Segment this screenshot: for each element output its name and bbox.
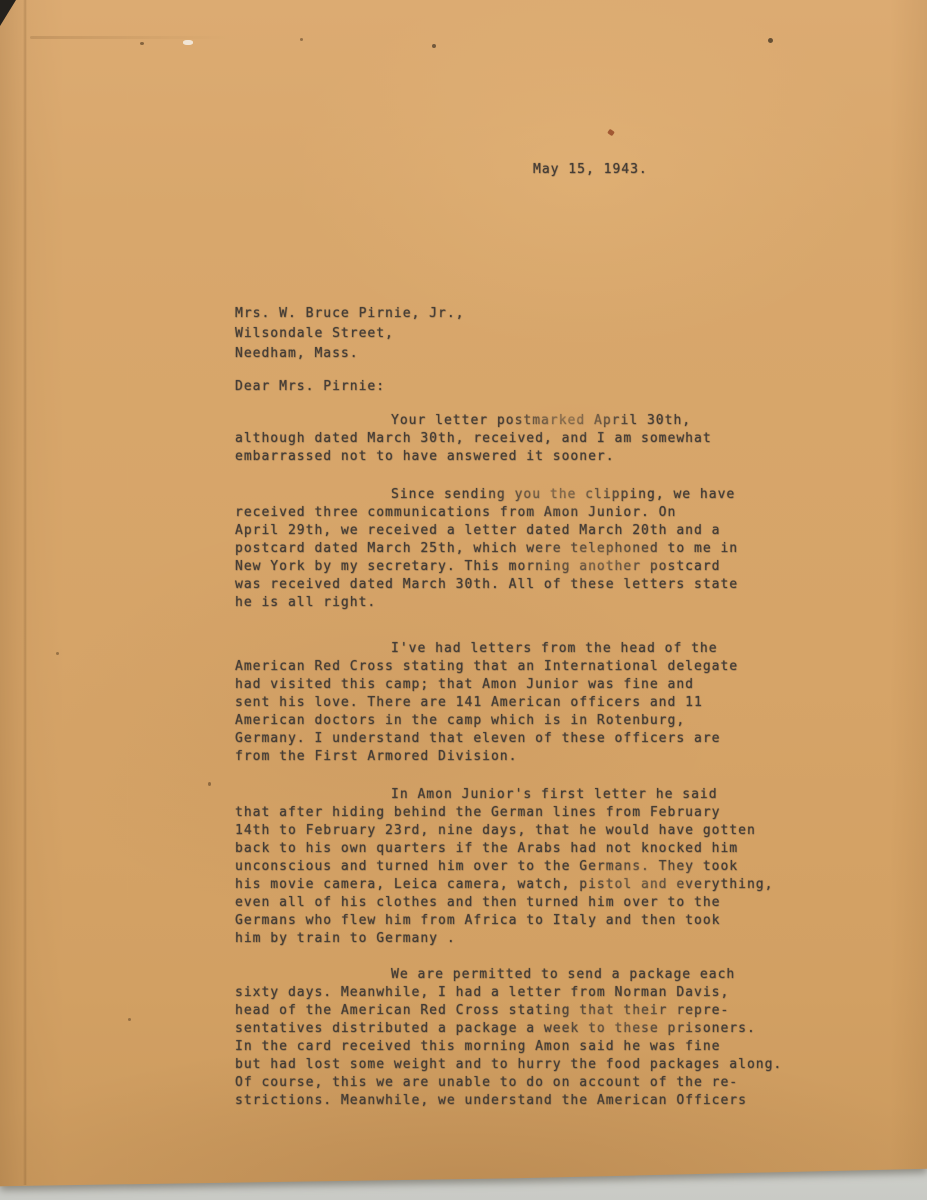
paper-speck bbox=[208, 782, 211, 786]
paper-crease-vertical bbox=[23, 0, 27, 1185]
letter-page: May 15, 1943. Mrs. W. Bruce Pirnie, Jr.,… bbox=[0, 0, 927, 1200]
paper-speck bbox=[432, 44, 436, 48]
letter-paragraph-3: I've had letters from the head of the Am… bbox=[235, 640, 810, 766]
letter-paragraph-4: In Amon Junior's first letter he said th… bbox=[235, 786, 810, 948]
torn-corner bbox=[0, 0, 16, 26]
paper-crease-horizontal bbox=[30, 36, 230, 39]
paper-speck bbox=[768, 38, 773, 43]
paper-speck bbox=[140, 42, 144, 45]
paper-speck bbox=[128, 1018, 131, 1021]
paper-speck bbox=[56, 652, 59, 655]
paper-wrap: May 15, 1943. Mrs. W. Bruce Pirnie, Jr.,… bbox=[0, 0, 927, 1200]
paper-speck-red bbox=[607, 129, 615, 137]
letter-paragraph-1: Your letter postmarked April 30th, altho… bbox=[235, 412, 810, 466]
paper-speck bbox=[300, 38, 303, 41]
paper-speck-white bbox=[183, 40, 193, 45]
scanned-letter: { "page": { "date": "May 15, 1943.", "ad… bbox=[0, 0, 927, 1200]
address-line-city: Needham, Mass. bbox=[235, 344, 465, 364]
address-line-street: Wilsondale Street, bbox=[235, 324, 465, 344]
salutation: Dear Mrs. Pirnie: bbox=[235, 378, 385, 396]
address-line-name: Mrs. W. Bruce Pirnie, Jr., bbox=[235, 304, 465, 324]
letter-date: May 15, 1943. bbox=[533, 161, 648, 179]
letter-paragraph-2: Since sending you the clipping, we have … bbox=[235, 486, 810, 612]
letter-paragraph-5: We are permitted to send a package each … bbox=[235, 966, 810, 1110]
recipient-address: Mrs. W. Bruce Pirnie, Jr., Wilsondale St… bbox=[235, 304, 465, 364]
